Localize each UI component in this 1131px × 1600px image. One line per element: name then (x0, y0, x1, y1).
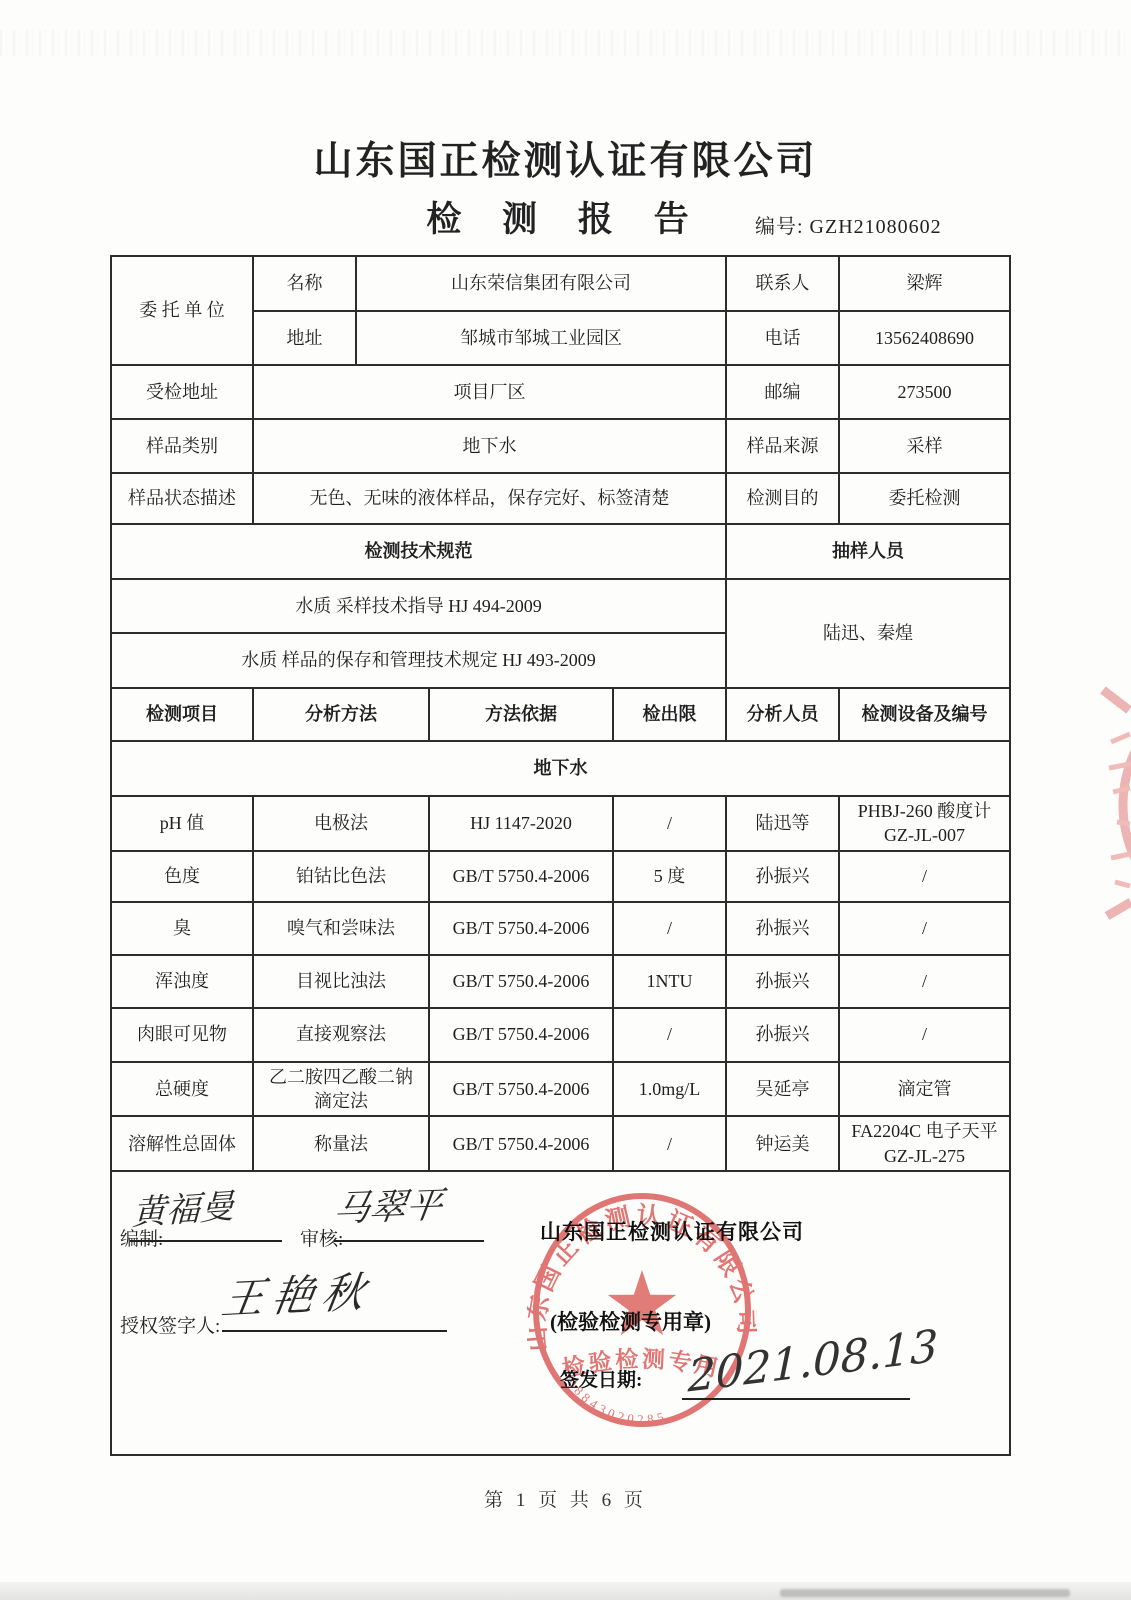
result-row-odor: 臭 嗅气和尝味法 GB/T 5750.4-2006 / 孙振兴 / (111, 902, 1010, 955)
report-title: 检 测 报 告 (0, 192, 1131, 242)
row-client-name: 委 托 单 位 名称 山东荣信集团有限公司 联系人 梁辉 (111, 256, 1010, 311)
cell-item: 色度 (111, 851, 253, 902)
row-techspec-1: 水质 采样技术指导 HJ 494-2009 陆迅、秦煌 (111, 579, 1010, 633)
reviewed-signature: 马翠平 (331, 1182, 446, 1235)
prepared-signature: 黄福曼 (131, 1185, 234, 1238)
cell-basis: GB/T 5750.4-2006 (429, 902, 613, 955)
techspec-2-cell: 水质 样品的保存和管理技术规定 HJ 493-2009 (111, 633, 726, 688)
cell-item: 浑浊度 (111, 955, 253, 1008)
header-analyst: 分析人员 (726, 688, 839, 741)
cell-item: pH 值 (111, 796, 253, 851)
cell-analyst: 孙振兴 (726, 1008, 839, 1062)
address-label-cell: 地址 (253, 311, 356, 365)
postcode-label-cell: 邮编 (726, 365, 839, 419)
header-item: 检测项目 (111, 688, 253, 741)
signoff-company-name: 山东国正检测认证有限公司 (540, 1218, 804, 1246)
header-equipment: 检测设备及编号 (839, 688, 1010, 741)
header-basis: 方法依据 (429, 688, 613, 741)
cell-equipment: PHBJ-260 酸度计 GZ-JL-007 (839, 796, 1010, 851)
cell-limit: / (613, 902, 726, 955)
cell-method: 嗅气和尝味法 (253, 902, 429, 955)
header-method: 分析方法 (253, 688, 429, 741)
cell-basis: GB/T 5750.4-2006 (429, 1008, 613, 1062)
company-title: 山东国正检测认证有限公司 (0, 130, 1131, 186)
cell-basis: GB/T 5750.4-2006 (429, 851, 613, 902)
cell-item: 臭 (111, 902, 253, 955)
scan-noise-band-top (0, 30, 1131, 56)
phone-value-cell: 13562408690 (839, 311, 1010, 365)
techspec-1-cell: 水质 采样技术指导 HJ 494-2009 (111, 579, 726, 633)
result-row-color: 色度 铂钴比色法 GB/T 5750.4-2006 5 度 孙振兴 / (111, 851, 1010, 902)
cell-analyst: 孙振兴 (726, 851, 839, 902)
purpose-label-cell: 检测目的 (726, 473, 839, 524)
reviewed-signature-line (334, 1240, 484, 1242)
cell-basis: GB/T 5750.4-2006 (429, 955, 613, 1008)
cell-limit: 1.0mg/L (613, 1062, 726, 1117)
samplers-cell: 陆迅、秦煌 (726, 579, 1010, 688)
scanned-report-page: { "page": { "title": "山东国正检测认证有限公司", "re… (0, 0, 1131, 1600)
name-label-cell: 名称 (253, 256, 356, 311)
report-title-row: 检 测 报 告 编号: GZH21080602 (0, 192, 1131, 242)
name-value-cell: 山东荣信集团有限公司 (356, 256, 726, 311)
postcode-value-cell: 273500 (839, 365, 1010, 419)
page-footer: 第 1 页 共 6 页 (0, 1485, 1131, 1512)
row-signoff: 编制: 黄福曼 审核: 马翠平 山东国正检测认证有限公司 授权签字人: 王艳秋 … (111, 1171, 1010, 1455)
cell-method: 称量法 (253, 1116, 429, 1171)
cell-basis: GB/T 5750.4-2006 (429, 1116, 613, 1171)
contact-label-cell: 联系人 (726, 256, 839, 311)
cell-analyst: 陆迅等 (726, 796, 839, 851)
cell-analyst: 吴延亭 (726, 1062, 839, 1117)
issue-date-label: 签发日期: (560, 1368, 642, 1394)
inspected-address-value-cell: 项目厂区 (253, 365, 726, 419)
cell-limit: 1NTU (613, 955, 726, 1008)
cell-limit: 5 度 (613, 851, 726, 902)
cell-basis: HJ 1147-2020 (429, 796, 613, 851)
cell-method: 电极法 (253, 796, 429, 851)
header-limit: 检出限 (613, 688, 726, 741)
row-techspec-header: 检测技术规范 抽样人员 (111, 524, 1010, 579)
seal-note: (检验检测专用章) (550, 1308, 711, 1336)
prepared-signature-line (130, 1240, 282, 1242)
cell-item: 总硬度 (111, 1062, 253, 1117)
cell-item: 肉眼可见物 (111, 1008, 253, 1062)
cell-analyst: 钟运美 (726, 1116, 839, 1171)
cell-limit: / (613, 796, 726, 851)
authorized-label: 授权签字人: (120, 1314, 220, 1340)
cell-equipment: / (839, 955, 1010, 1008)
section-cell: 地下水 (111, 741, 1010, 796)
partial-stamp-right-edge (1073, 672, 1131, 938)
cell-equipment: / (839, 902, 1010, 955)
result-row-turbidity: 浑浊度 目视比浊法 GB/T 5750.4-2006 1NTU 孙振兴 / (111, 955, 1010, 1008)
row-inspected-address: 受检地址 项目厂区 邮编 273500 (111, 365, 1010, 419)
phone-label-cell: 电话 (726, 311, 839, 365)
result-row-tds: 溶解性总固体 称量法 GB/T 5750.4-2006 / 钟运美 FA2204… (111, 1116, 1010, 1171)
result-row-hardness: 总硬度 乙二胺四乙酸二钠 滴定法 GB/T 5750.4-2006 1.0mg/… (111, 1062, 1010, 1117)
sampler-header-cell: 抽样人员 (726, 524, 1010, 579)
client-label-cell: 委 托 单 位 (111, 256, 253, 365)
sample-type-label-cell: 样品类别 (111, 419, 253, 473)
row-section: 地下水 (111, 741, 1010, 796)
sample-type-value-cell: 地下水 (253, 419, 726, 473)
purpose-value-cell: 委托检测 (839, 473, 1010, 524)
row-sample-state: 样品状态描述 无色、无味的液体样品，保存完好、标签清楚 检测目的 委托检测 (111, 473, 1010, 524)
cell-equipment: / (839, 851, 1010, 902)
cell-method: 铂钴比色法 (253, 851, 429, 902)
report-number: 编号: GZH21080602 (755, 210, 942, 239)
address-value-cell: 邹城市邹城工业园区 (356, 311, 726, 365)
signoff-area: 编制: 黄福曼 审核: 马翠平 山东国正检测认证有限公司 授权签字人: 王艳秋 … (112, 1172, 1009, 1454)
contact-value-cell: 梁辉 (839, 256, 1010, 311)
cell-basis: GB/T 5750.4-2006 (429, 1062, 613, 1117)
authorized-signature: 王艳秋 (218, 1264, 377, 1329)
row-sample-type: 样品类别 地下水 样品来源 采样 (111, 419, 1010, 473)
scan-noise-streak (780, 1589, 1070, 1597)
result-row-ph: pH 值 电极法 HJ 1147-2020 / 陆迅等 PHBJ-260 酸度计… (111, 796, 1010, 851)
cell-limit: / (613, 1008, 726, 1062)
sample-state-label-cell: 样品状态描述 (111, 473, 253, 524)
authorized-signature-line (222, 1330, 447, 1332)
inspected-address-label-cell: 受检地址 (111, 365, 253, 419)
cell-method: 乙二胺四乙酸二钠 滴定法 (253, 1062, 429, 1117)
cell-method: 目视比浊法 (253, 955, 429, 1008)
cell-equipment: 滴定管 (839, 1062, 1010, 1117)
cell-analyst: 孙振兴 (726, 955, 839, 1008)
cell-item: 溶解性总固体 (111, 1116, 253, 1171)
sample-source-value-cell: 采样 (839, 419, 1010, 473)
result-row-visible: 肉眼可见物 直接观察法 GB/T 5750.4-2006 / 孙振兴 / (111, 1008, 1010, 1062)
cell-analyst: 孙振兴 (726, 902, 839, 955)
cell-equipment: / (839, 1008, 1010, 1062)
row-results-header: 检测项目 分析方法 方法依据 检出限 分析人员 检测设备及编号 (111, 688, 1010, 741)
cell-equipment: FA2204C 电子天平 GZ-JL-275 (839, 1116, 1010, 1171)
cell-limit: / (613, 1116, 726, 1171)
cell-method: 直接观察法 (253, 1008, 429, 1062)
sample-source-label-cell: 样品来源 (726, 419, 839, 473)
sample-state-value-cell: 无色、无味的液体样品，保存完好、标签清楚 (253, 473, 726, 524)
techspec-header-cell: 检测技术规范 (111, 524, 726, 579)
report-table: 委 托 单 位 名称 山东荣信集团有限公司 联系人 梁辉 地址 邹城市邹城工业园… (110, 255, 1011, 1456)
